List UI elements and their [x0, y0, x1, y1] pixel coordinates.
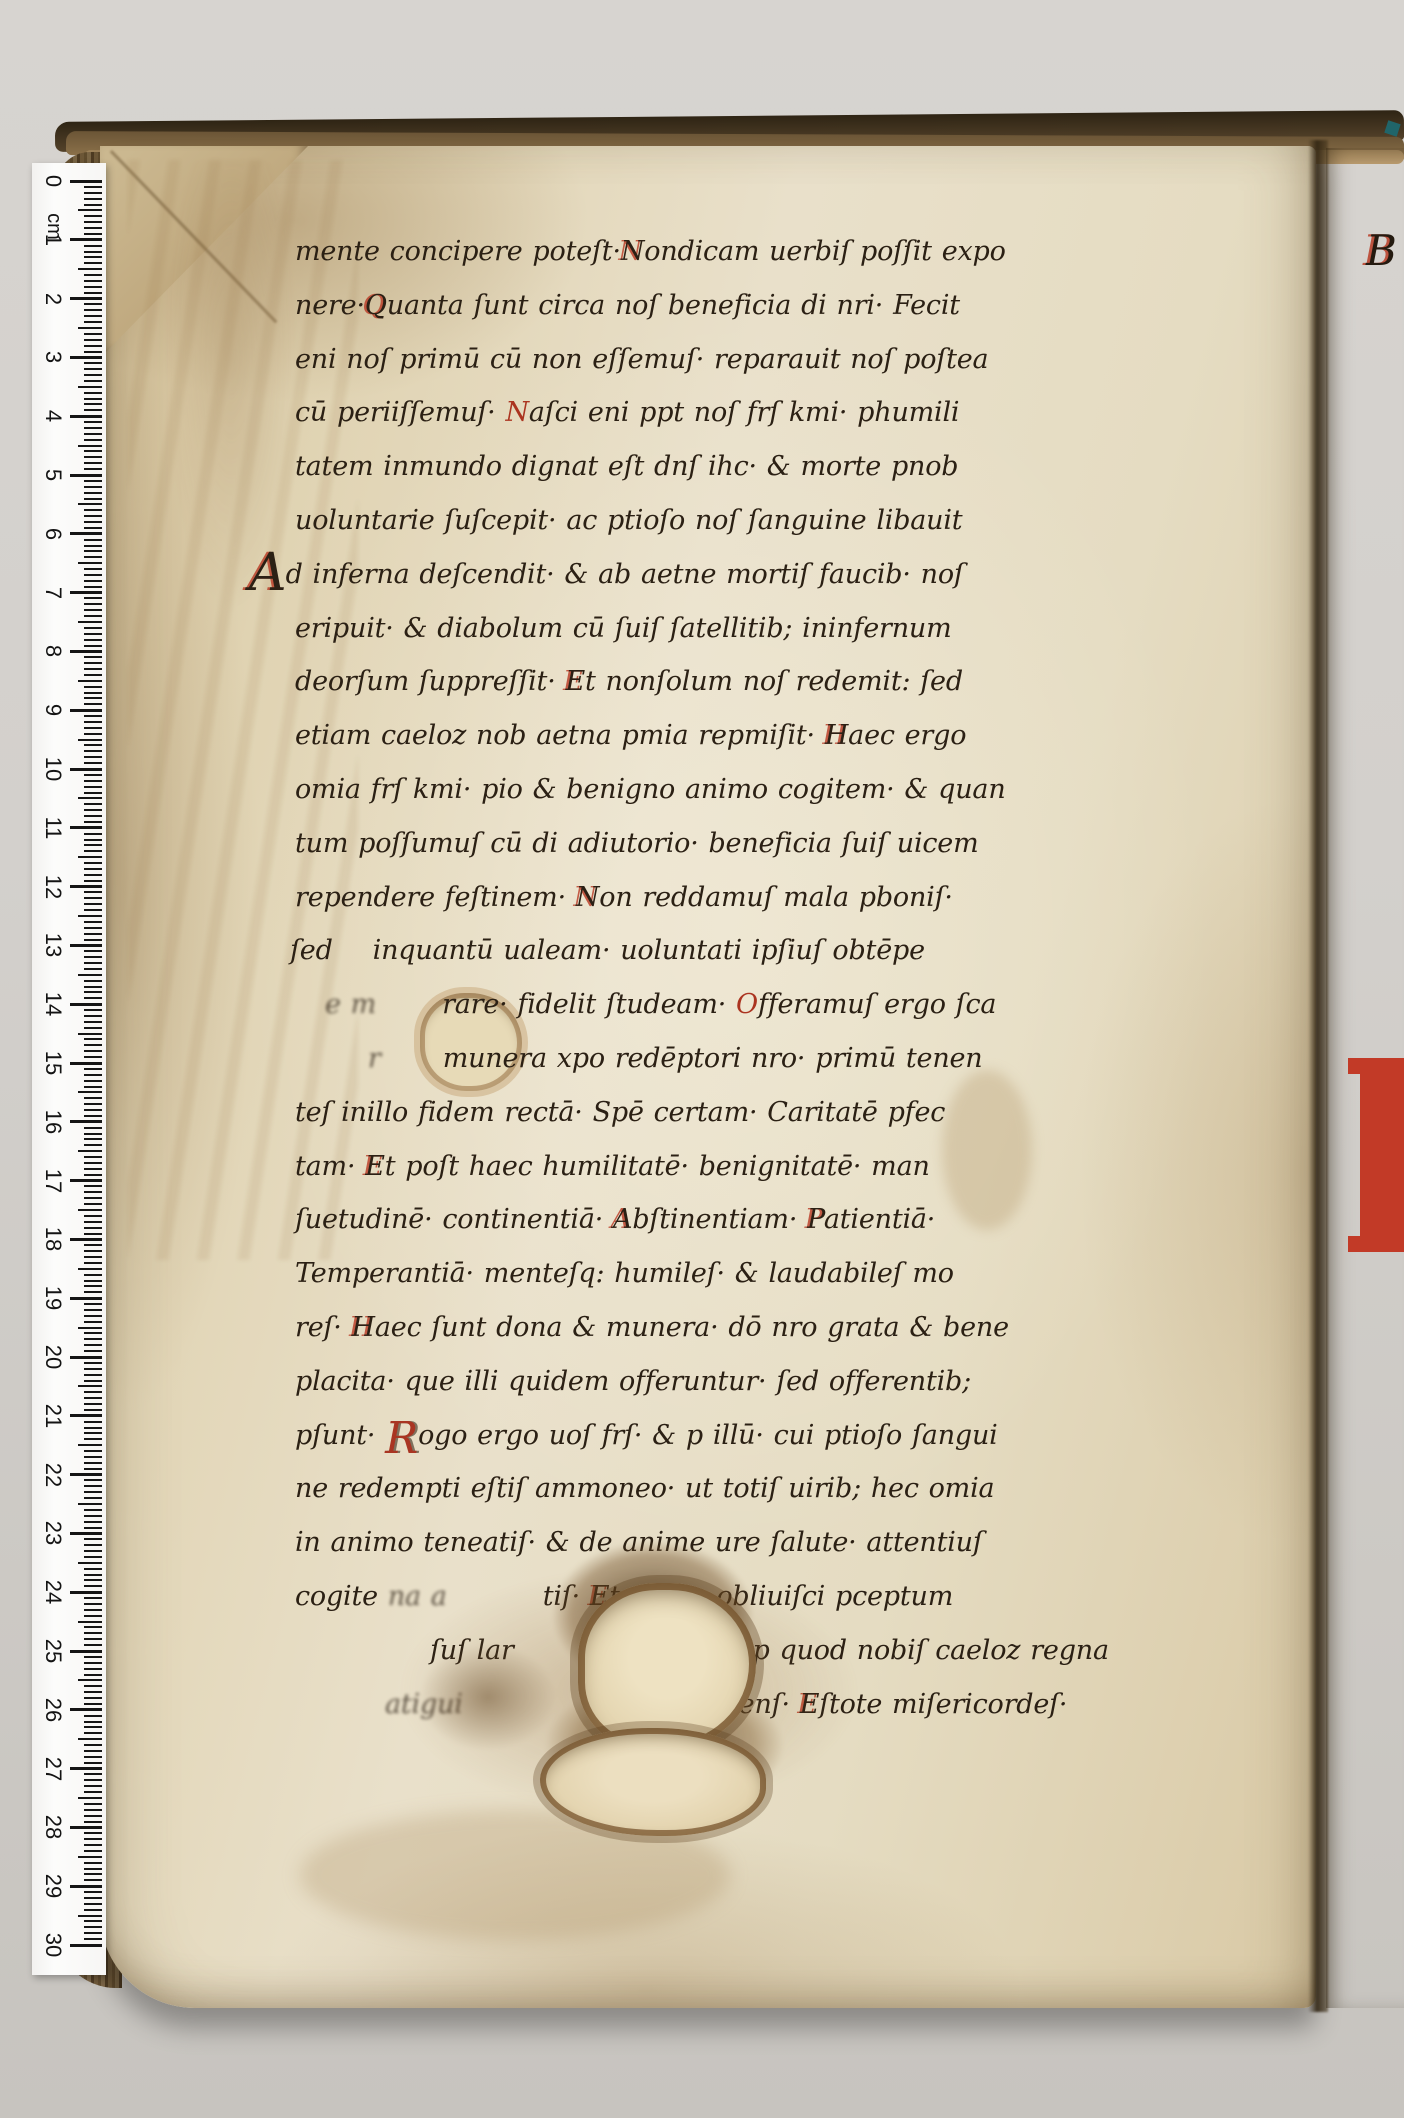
ruler-mm-tick: [84, 215, 102, 217]
text-segment: ondicam uerbiſ poſſit expo: [644, 236, 1005, 267]
ruler-cm-tick: [70, 826, 102, 829]
ruler-cm-tick: [70, 650, 102, 653]
text-segment: uoluntarie ſuſcepit· ac ptioſo noſ ſangu…: [295, 505, 962, 536]
text-segment: ſed: [290, 935, 333, 966]
ruler-mm-tick: [84, 1397, 102, 1399]
ruler-number: 25: [40, 1636, 66, 1666]
ruler-mm-tick: [84, 1221, 102, 1223]
ruler-mm-tick: [78, 1327, 102, 1329]
ruler-mm-tick: [84, 1597, 102, 1599]
ruler-mm-tick: [84, 492, 102, 494]
ruler-mm-tick: [84, 1644, 102, 1646]
ruler-cm-tick: [70, 1297, 102, 1300]
text-segment: H: [825, 720, 848, 751]
manuscript-line: placita· que illi quidem offeruntur· ſed…: [295, 1366, 971, 1397]
ruler-mm-tick: [84, 1409, 102, 1411]
ruler-mm-tick: [84, 539, 102, 541]
ruler-mm-tick: [84, 803, 102, 805]
ruler-mm-tick: [84, 486, 102, 488]
ruler-mm-tick: [78, 562, 102, 564]
ruler-mm-tick: [78, 974, 102, 976]
ruler-cm-tick: [70, 356, 102, 359]
ruler-mm-tick: [84, 1938, 102, 1940]
ruler-mm-tick: [84, 1832, 102, 1834]
ruler-number: 1: [40, 225, 66, 255]
ruler-mm-tick: [84, 509, 102, 511]
manuscript-line: cū periiſſemuſ· Naſci eni ppt noſ frſ km…: [295, 397, 959, 428]
text-segment: ne redempti eſtiſ ammoneo· ut totiſ uiri…: [295, 1473, 994, 1504]
ruler-mm-tick: [84, 1556, 102, 1558]
ruler-mm-tick: [84, 1203, 102, 1205]
ruler-mm-tick: [84, 1156, 102, 1158]
ruler-mm-tick: [84, 1515, 102, 1517]
ruler-mm-tick: [84, 674, 102, 676]
text-segment: reſ·: [295, 1312, 352, 1343]
ruler-mm-tick: [84, 1038, 102, 1040]
ruler-cm-tick: [70, 474, 102, 477]
ruler-mm-tick: [84, 980, 102, 982]
ruler-mm-tick: [78, 621, 102, 623]
ruler-mm-tick: [84, 1909, 102, 1911]
text-segment: mente concipere poteſt·: [295, 236, 621, 267]
ruler-mm-tick: [84, 1115, 102, 1117]
ruler-mm-tick: [84, 1233, 102, 1235]
ruler-mm-tick: [84, 521, 102, 523]
ruler-mm-tick: [84, 1603, 102, 1605]
ruler-mm-tick: [84, 1538, 102, 1540]
ruler-mm-tick: [84, 1726, 102, 1728]
ruler-number: 29: [40, 1871, 66, 1901]
ruler-mm-tick: [84, 1485, 102, 1487]
ruler-mm-tick: [84, 774, 102, 776]
ruler-mm-tick: [84, 1762, 102, 1764]
ruler-mm-tick: [84, 1427, 102, 1429]
text-segment: tum poſſumuſ cū di adiutorio· beneficia …: [295, 828, 979, 859]
ruler-cm-tick: [70, 591, 102, 594]
text-segment: N: [576, 882, 599, 913]
ruler-mm-tick: [84, 1374, 102, 1376]
ruler-mm-tick: [84, 692, 102, 694]
ruler-mm-tick: [84, 1303, 102, 1305]
ruler-mm-tick: [84, 1468, 102, 1470]
ruler-cm-tick: [70, 1767, 102, 1770]
ruler-mm-tick: [84, 1568, 102, 1570]
ruler-mm-tick: [84, 1703, 102, 1705]
text-segment: d inferna deſcendit· & ab aetne mortiſ f…: [286, 559, 964, 590]
ruler-number: 26: [40, 1695, 66, 1725]
ruler-mm-tick: [84, 309, 102, 311]
ruler-mm-tick: [84, 1509, 102, 1511]
ruler-mm-tick: [84, 1174, 102, 1176]
ruler-mm-tick: [78, 1679, 102, 1681]
ruler-mm-tick: [84, 515, 102, 517]
ruler-mm-tick: [78, 386, 102, 388]
ruler-mm-tick: [84, 1821, 102, 1823]
ruler-cm-tick: [70, 1356, 102, 1359]
text-segment: cū periiſſemuſ·: [295, 397, 505, 428]
ruler-mm-tick: [84, 1773, 102, 1775]
text-segment: tatem inmundo dignat eſt dnſ ihc· & mort…: [295, 451, 958, 482]
ruler-mm-tick: [84, 815, 102, 817]
text-segment: H: [352, 1312, 375, 1343]
text-segment: uanta ſunt circa noſ beneficia di nri· F…: [387, 290, 960, 321]
ruler-mm-tick: [84, 1926, 102, 1928]
text-segment: R: [385, 1413, 418, 1464]
ruler-mm-tick: [84, 1050, 102, 1052]
ruler-mm-tick: [84, 380, 102, 382]
ruler-mm-tick: [84, 374, 102, 376]
ruler-mm-tick: [84, 780, 102, 782]
ruler-number: 6: [40, 519, 66, 549]
ruler-mm-tick: [84, 1932, 102, 1934]
parchment-hole-lower: [540, 1728, 766, 1836]
ruler-mm-tick: [84, 1021, 102, 1023]
ruler-mm-tick: [78, 1856, 102, 1858]
ruler-cm-tick: [70, 1238, 102, 1241]
ruler-mm-tick: [84, 1744, 102, 1746]
ruler-mm-tick: [84, 1779, 102, 1781]
ruler-mm-tick: [84, 1632, 102, 1634]
ruler-mm-tick: [84, 627, 102, 629]
text-segment: O: [736, 989, 758, 1020]
ruler-cm-tick: [70, 180, 102, 183]
ruler-mm-tick: [84, 1391, 102, 1393]
ruler-mm-tick: [84, 1862, 102, 1864]
ruler-mm-tick: [84, 1109, 102, 1111]
ruler-mm-tick: [84, 1027, 102, 1029]
ruler-mm-tick: [84, 550, 102, 552]
text-segment: N: [621, 236, 644, 267]
ruler-mm-tick: [84, 1086, 102, 1088]
manuscript-line: rependere feſtinem· Non reddamuſ mala pb…: [295, 882, 953, 913]
ruler-mm-tick: [84, 1362, 102, 1364]
ruler-mm-tick: [78, 327, 102, 329]
ruler-mm-tick: [84, 1127, 102, 1129]
text-segment: A: [613, 1204, 632, 1235]
ruler-mm-tick: [84, 809, 102, 811]
ruler-mm-tick: [84, 351, 102, 353]
ruler-mm-tick: [84, 1756, 102, 1758]
ruler-mm-tick: [84, 1850, 102, 1852]
ruler-mm-tick: [84, 1280, 102, 1282]
ruler-mm-tick: [84, 1309, 102, 1311]
ruler-number: 15: [40, 1048, 66, 1078]
ruler-mm-tick: [84, 1674, 102, 1676]
ruler-mm-tick: [84, 245, 102, 247]
text-segment: N: [505, 397, 528, 428]
ruler-mm-tick: [84, 233, 102, 235]
ruler-cm-tick: [70, 1179, 102, 1182]
ruler-mm-tick: [78, 268, 102, 270]
ruler-mm-tick: [84, 468, 102, 470]
ruler-mm-tick: [84, 1344, 102, 1346]
ruler-mm-tick: [84, 262, 102, 264]
manuscript-line: e mrare· fidelit ſtudeam· Offeramuſ ergo…: [325, 989, 996, 1020]
ruler-mm-tick: [84, 927, 102, 929]
ruler-mm-tick: [84, 662, 102, 664]
text-segment: t nonſolum noſ redemit: ſed: [585, 666, 963, 697]
ruler-cm-tick: [70, 1414, 102, 1417]
ruler-mm-tick: [84, 1197, 102, 1199]
ruler-cm-tick: [70, 1650, 102, 1653]
ruler-mm-tick: [84, 1691, 102, 1693]
ruler-number: 28: [40, 1812, 66, 1842]
ruler-mm-tick: [84, 1879, 102, 1881]
ruler-mm-tick: [84, 1256, 102, 1258]
ruler-mm-tick: [84, 498, 102, 500]
text-segment: munera xpo redēptori nro· primū tenen: [443, 1043, 983, 1074]
text-segment: Temperantiā· menteſq: humileſ· & laudabi…: [295, 1258, 954, 1289]
text-segment: eripuit· & diabolum cū ſuiſ ſatellitib; …: [295, 613, 952, 644]
ruler-cm-tick: [70, 1120, 102, 1123]
manuscript-line: omia frſ kmi· pio & benigno animo cogite…: [295, 774, 1006, 805]
ruler-number: 27: [40, 1754, 66, 1784]
ruler-mm-tick: [84, 1103, 102, 1105]
ruler-number: 9: [40, 695, 66, 725]
ruler-mm-tick: [84, 1668, 102, 1670]
ruler-mm-tick: [84, 1315, 102, 1317]
manuscript-line: etiam caeloz nob aetna pmia repmiſit· Ha…: [295, 720, 966, 751]
ruler-number: 16: [40, 1107, 66, 1137]
text-segment: cogite: [295, 1581, 388, 1612]
ruler-number: 19: [40, 1283, 66, 1313]
ruler-mm-tick: [84, 986, 102, 988]
ruler-mm-tick: [84, 786, 102, 788]
ruler-mm-tick: [84, 727, 102, 729]
ruler-mm-tick: [84, 186, 102, 188]
ruler-mm-tick: [84, 1274, 102, 1276]
text-segment: inquantū ualeam· uoluntati ipſiuſ obtēpe: [373, 935, 925, 966]
ruler: cm 0123456789101112131415161718192021222…: [32, 163, 106, 1975]
ruler-mm-tick: [84, 1074, 102, 1076]
ruler-mm-tick: [84, 1497, 102, 1499]
ruler-number: 11: [40, 813, 66, 843]
ruler-mm-tick: [84, 721, 102, 723]
ruler-mm-tick: [84, 991, 102, 993]
ruler-mm-tick: [84, 286, 102, 288]
ruler-mm-tick: [78, 1444, 102, 1446]
text-segment: on reddamuſ mala pboniſ·: [599, 882, 952, 913]
ruler-mm-tick: [84, 1227, 102, 1229]
ruler-mm-tick: [78, 797, 102, 799]
ruler-mm-tick: [84, 339, 102, 341]
ruler-mm-tick: [84, 850, 102, 852]
manuscript-line: tum poſſumuſ cū di adiutorio· beneficia …: [295, 828, 979, 859]
ruler-mm-tick: [84, 1285, 102, 1287]
ruler-number: 14: [40, 989, 66, 1019]
ruler-cm-tick: [70, 238, 102, 241]
ruler-mm-tick: [84, 750, 102, 752]
text-segment: aec ſunt dona & munera· dō nro grata & b…: [375, 1312, 1009, 1343]
ruler-mm-tick: [84, 198, 102, 200]
ruler-mm-tick: [84, 545, 102, 547]
ruler-mm-tick: [84, 1638, 102, 1640]
ruler-mm-tick: [84, 1527, 102, 1529]
manuscript-line: uoluntarie ſuſcepit· ac ptioſo noſ ſangu…: [295, 505, 962, 536]
manuscript-line: eripuit· & diabolum cū ſuiſ ſatellitib; …: [295, 613, 952, 644]
ruler-mm-tick: [84, 1873, 102, 1875]
ruler-cm-tick: [70, 415, 102, 418]
ruler-number: 22: [40, 1460, 66, 1490]
ruler-number: 20: [40, 1342, 66, 1372]
text-segment: placita· que illi quidem offeruntur· ſed…: [295, 1366, 971, 1397]
manuscript-line: pſunt· Rogo ergo uoſ frſ· & p illū· cui …: [295, 1420, 998, 1452]
photo-background: B mente concipere poteſt·Nondicam uerbiſ…: [0, 0, 1404, 2118]
text-segment: eni noſ primū cū non eſſemuſ· reparauit …: [295, 344, 988, 375]
ruler-mm-tick: [84, 421, 102, 423]
ruler-cm-tick: [70, 1826, 102, 1829]
text-segment: ogo ergo uoſ frſ· & p illū· cui ptioſo ſ…: [418, 1420, 997, 1451]
ruler-mm-tick: [84, 1215, 102, 1217]
ruler-mm-tick: [84, 744, 102, 746]
ruler-mm-tick: [84, 1432, 102, 1434]
ruler-mm-tick: [84, 251, 102, 253]
ruler-mm-tick: [84, 568, 102, 570]
ruler-mm-tick: [84, 1685, 102, 1687]
ruler-mm-tick: [84, 315, 102, 317]
ruler-mm-tick: [84, 891, 102, 893]
ruler-cm-tick: [70, 297, 102, 300]
ruler-mm-tick: [84, 1056, 102, 1058]
ruler-mm-tick: [84, 1750, 102, 1752]
text-segment: Q: [365, 290, 387, 321]
manuscript-line: nere·Quanta ſunt circa noſ beneficia di …: [295, 290, 960, 321]
ruler-mm-tick: [78, 1150, 102, 1152]
text-segment: nere·: [295, 290, 365, 321]
text-segment: atientiā·: [824, 1204, 935, 1235]
ruler-mm-tick: [84, 668, 102, 670]
ruler-mm-tick: [84, 398, 102, 400]
ruler-mm-tick: [84, 556, 102, 558]
ruler-cm-tick: [70, 1062, 102, 1065]
ruler-mm-tick: [84, 762, 102, 764]
text-segment: bſtinentiam·: [632, 1204, 807, 1235]
ruler-mm-tick: [84, 1332, 102, 1334]
ruler-mm-tick: [84, 1185, 102, 1187]
ruler-mm-tick: [84, 1097, 102, 1099]
ruler-mm-tick: [84, 527, 102, 529]
ruler-mm-tick: [78, 1091, 102, 1093]
text-segment: E: [565, 666, 585, 697]
ruler-number: 17: [40, 1166, 66, 1196]
text-segment: aſci eni ppt noſ frſ kmi· phumili: [529, 397, 959, 428]
ruler-mm-tick: [84, 868, 102, 870]
ruler-mm-tick: [84, 362, 102, 364]
ruler-mm-tick: [84, 1585, 102, 1587]
ruler-mm-tick: [84, 1732, 102, 1734]
ruler-mm-tick: [84, 656, 102, 658]
ruler-mm-tick: [84, 1615, 102, 1617]
ruler-mm-tick: [84, 597, 102, 599]
ruler-mm-tick: [78, 209, 102, 211]
manuscript-line: eni noſ primū cū non eſſemuſ· reparauit …: [295, 344, 988, 375]
ruler-mm-tick: [78, 1738, 102, 1740]
ruler-mm-tick: [84, 1809, 102, 1811]
ruler-number: 12: [40, 872, 66, 902]
ruler-mm-tick: [84, 1044, 102, 1046]
ruler-mm-tick: [84, 909, 102, 911]
ruler-mm-tick: [84, 204, 102, 206]
ruler-mm-tick: [84, 1838, 102, 1840]
ruler-number: 23: [40, 1518, 66, 1548]
ruler-mm-tick: [84, 1462, 102, 1464]
ruler-mm-tick: [84, 427, 102, 429]
ruler-mm-tick: [84, 1491, 102, 1493]
ruler-mm-tick: [84, 1009, 102, 1011]
ruler-mm-tick: [84, 1244, 102, 1246]
text-segment: teſ inillo fidem rectā· Spē certam· Cari…: [295, 1097, 945, 1128]
manuscript-line: rmunera xpo redēptori nro· primū tenen: [368, 1043, 982, 1074]
ruler-cm-tick: [70, 1885, 102, 1888]
ruler-mm-tick: [78, 1503, 102, 1505]
ruler-mm-tick: [84, 1456, 102, 1458]
ruler-mm-tick: [84, 227, 102, 229]
ruler-number: 0: [40, 166, 66, 196]
ruler-mm-tick: [78, 1033, 102, 1035]
text-segment: t poſt haec humilitatē· benignitatē· man: [385, 1151, 930, 1182]
ruler-mm-tick: [84, 1697, 102, 1699]
ruler-mm-tick: [84, 221, 102, 223]
ruler-mm-tick: [84, 1550, 102, 1552]
ruler-mm-tick: [84, 1844, 102, 1846]
ruler-mm-tick: [84, 939, 102, 941]
ruler-cm-tick: [70, 1532, 102, 1535]
ruler-mm-tick: [84, 833, 102, 835]
ruler-number: 13: [40, 930, 66, 960]
ruler-mm-tick: [84, 462, 102, 464]
ruler-mm-tick: [84, 603, 102, 605]
ruler-number: 2: [40, 284, 66, 314]
ruler-mm-tick: [84, 1380, 102, 1382]
ruler-mm-tick: [84, 903, 102, 905]
ruler-mm-tick: [78, 1209, 102, 1211]
ruler-cm-tick: [70, 1591, 102, 1594]
ruler-mm-tick: [84, 844, 102, 846]
ruler-number: 4: [40, 401, 66, 431]
ruler-mm-tick: [78, 503, 102, 505]
ruler-mm-tick: [84, 1421, 102, 1423]
ruler-mm-tick: [84, 192, 102, 194]
text-segment: omia frſ kmi· pio & benigno animo cogite…: [295, 774, 1006, 805]
ruler-mm-tick: [84, 1903, 102, 1905]
manuscript-line: tatem inmundo dignat eſt dnſ ihc· & mort…: [295, 451, 958, 482]
ruler-mm-tick: [84, 480, 102, 482]
text-segment: fferamuſ ergo ſca: [758, 989, 996, 1020]
ruler-mm-tick: [84, 609, 102, 611]
ruler-mm-tick: [84, 933, 102, 935]
ruler-cm-tick: [70, 1473, 102, 1476]
ruler-mm-tick: [84, 1368, 102, 1370]
ruler-cm-tick: [70, 944, 102, 947]
ruler-mm-tick: [84, 639, 102, 641]
text-segment: rare· fidelit ſtudeam·: [442, 989, 736, 1020]
text-segment: etiam caeloz nob aetna pmia repmiſit·: [295, 720, 825, 751]
text-segment: rependere feſtinem·: [295, 882, 576, 913]
ruler-mm-tick: [84, 1579, 102, 1581]
text-segment: ſuetudinē· continentiā·: [295, 1204, 613, 1235]
ruler-mm-tick: [84, 1574, 102, 1576]
ruler-mm-tick: [84, 839, 102, 841]
text-segment: aec ergo: [848, 720, 966, 751]
ruler-mm-tick: [84, 580, 102, 582]
text-segment: A: [249, 543, 286, 603]
manuscript-line: Temperantiā· menteſq: humileſ· & laudabi…: [295, 1258, 954, 1289]
ruler-mm-tick: [84, 1133, 102, 1135]
ruler-mm-tick: [78, 445, 102, 447]
ruler-mm-tick: [78, 915, 102, 917]
ruler-mm-tick: [84, 697, 102, 699]
ruler-mm-tick: [84, 1291, 102, 1293]
